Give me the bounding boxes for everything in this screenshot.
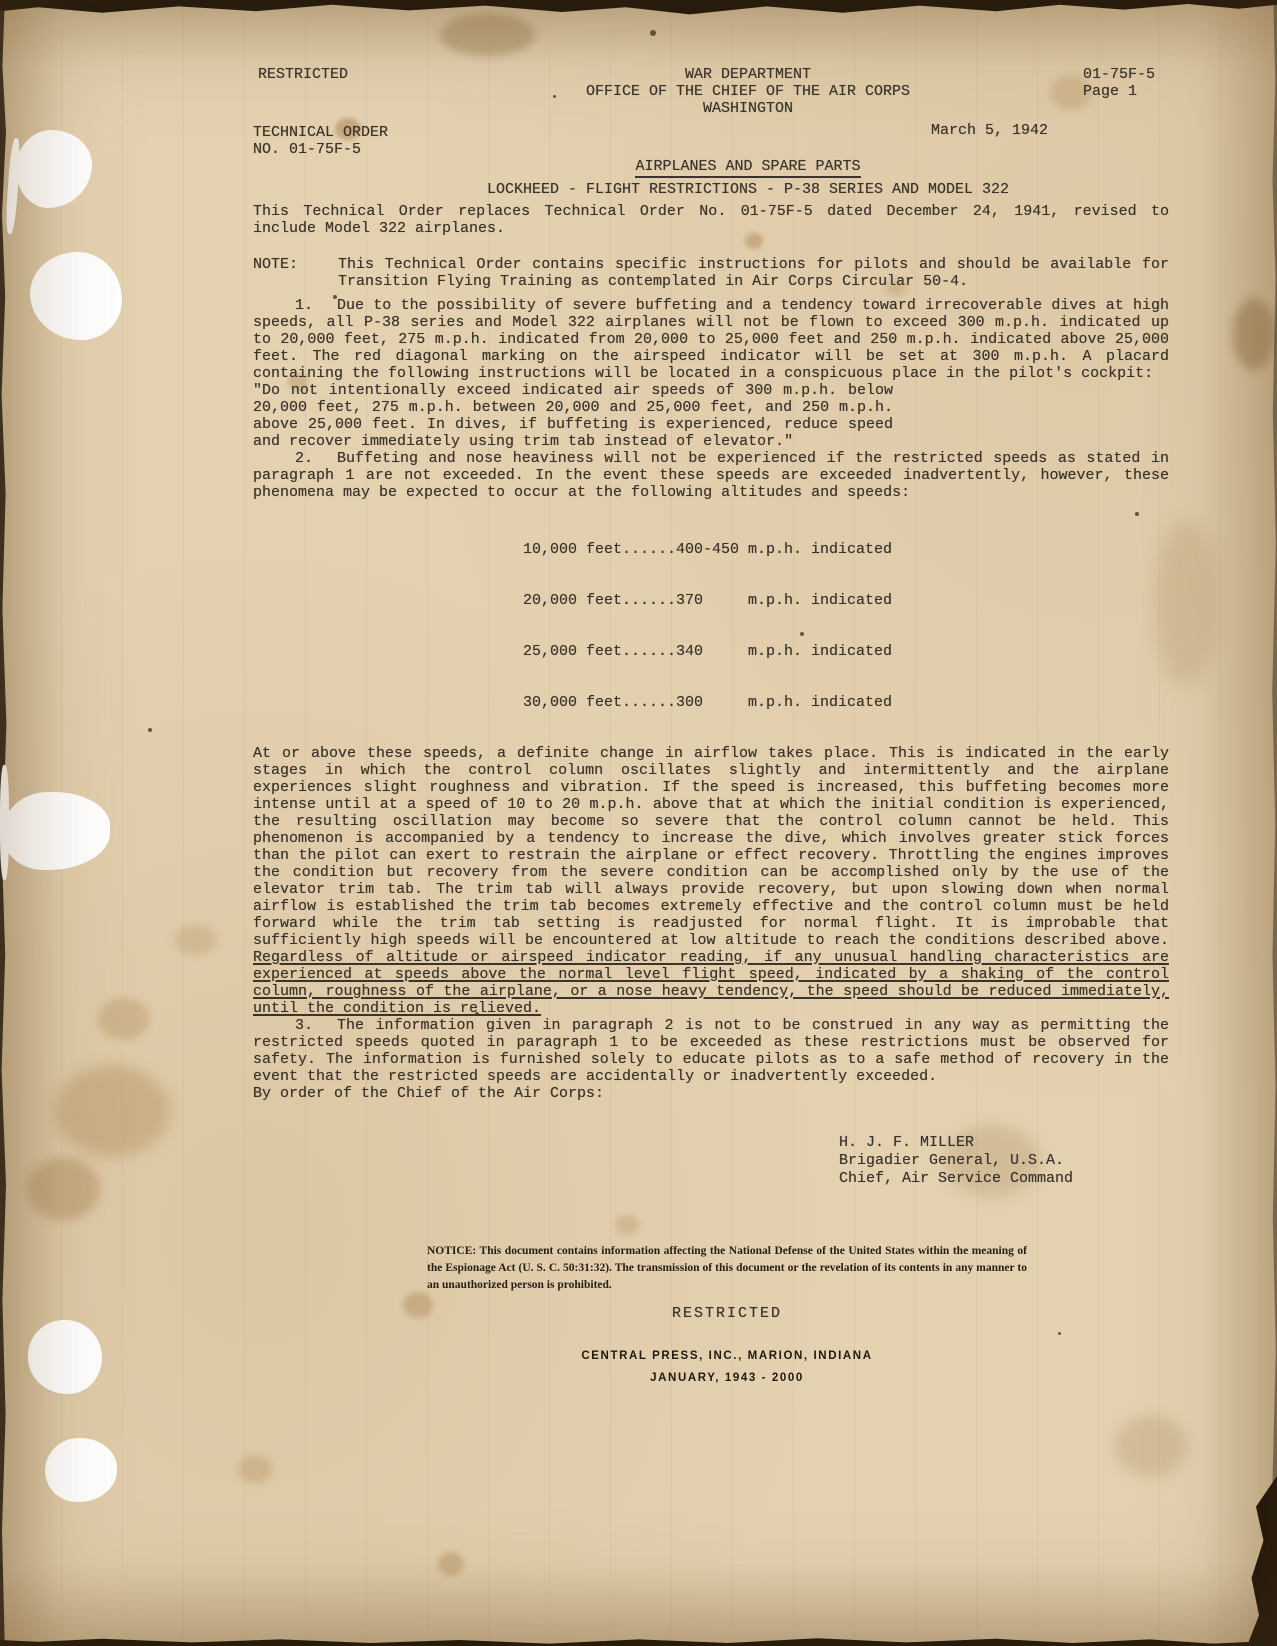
paragraph-2: 2.Buffeting and nose heaviness will not … — [253, 450, 1169, 501]
espionage-notice: NOTICE: This document contains informati… — [427, 1243, 1027, 1294]
document-subtitle: LOCKHEED - FLIGHT RESTRICTIONS - P-38 SE… — [333, 181, 1163, 198]
technical-order-label: TECHNICAL ORDER — [253, 124, 388, 141]
document-title-text: AIRPLANES AND SPARE PARTS — [635, 158, 860, 178]
printed-footer: NOTICE: This document contains informati… — [427, 1243, 1027, 1389]
paragraph-2-number: 2. — [295, 450, 313, 467]
speed-altitude-table: 10,000 feet......400-450 m.p.h. indicate… — [523, 507, 1169, 745]
department-header: WAR DEPARTMENT OFFICE OF THE CHIEF OF TH… — [333, 66, 1163, 117]
technical-order-number: NO. 01-75F-5 — [253, 141, 388, 158]
scanned-page: RESTRICTED WAR DEPARTMENT OFFICE OF THE … — [0, 0, 1277, 1646]
by-order-line: By order of the Chief of the Air Corps: — [253, 1085, 1169, 1102]
paragraph-3-text: The information given in paragraph 2 is … — [253, 1017, 1169, 1085]
note-label: NOTE: — [253, 256, 338, 290]
note-text: This Technical Order contains specific i… — [338, 256, 1169, 290]
paragraph-flow: This Technical Order replaces Technical … — [253, 62, 1169, 1188]
doc-number-block: 01-75F-5 Page 1 — [1083, 66, 1155, 100]
document-body: RESTRICTED WAR DEPARTMENT OFFICE OF THE … — [253, 62, 1169, 1188]
paragraph-1-number: 1. — [295, 297, 313, 314]
technical-order-block: TECHNICAL ORDER NO. 01-75F-5 — [253, 124, 388, 158]
paragraph-3-number: 3. — [295, 1017, 313, 1034]
speed-table-row: 25,000 feet......340 m.p.h. indicated — [523, 643, 1169, 660]
speed-table-row: 20,000 feet......370 m.p.h. indicated — [523, 592, 1169, 609]
printer-date: JANUARY, 1943 - 2000 — [427, 1367, 1027, 1389]
signature-name: H. J. F. MILLER — [839, 1134, 1169, 1152]
note-block: NOTE: This Technical Order contains spec… — [253, 256, 1169, 290]
page-number: Page 1 — [1083, 83, 1155, 100]
signature-title: Chief, Air Service Command — [839, 1170, 1169, 1188]
cockpit-placard-quote: "Do not intentionally exceed indicated a… — [253, 382, 893, 450]
printer-imprint: CENTRAL PRESS, INC., MARION, INDIANA JAN… — [427, 1345, 1027, 1389]
signature-block: H. J. F. MILLER Brigadier General, U.S.A… — [839, 1134, 1169, 1188]
paragraph-3: 3.The information given in paragraph 2 i… — [253, 1017, 1169, 1085]
intro-paragraph: This Technical Order replaces Technical … — [253, 203, 1169, 237]
document-title: AIRPLANES AND SPARE PARTS — [333, 158, 1163, 178]
airflow-paragraph-text: At or above these speeds, a definite cha… — [253, 745, 1169, 949]
paragraph-2-text: Buffeting and nose heaviness will not be… — [253, 450, 1169, 501]
printer-name: CENTRAL PRESS, INC., MARION, INDIANA — [427, 1345, 1027, 1367]
department-line-3: WASHINGTON — [333, 100, 1163, 117]
airflow-paragraph: At or above these speeds, a definite cha… — [253, 745, 1169, 1017]
document-date: March 5, 1942 — [931, 122, 1048, 139]
signature-rank: Brigadier General, U.S.A. — [839, 1152, 1169, 1170]
paragraph-1: 1.Due to the possibility of severe buffe… — [253, 297, 1169, 382]
doc-number: 01-75F-5 — [1083, 66, 1155, 83]
airflow-underlined-warning: Regardless of altitude or airspeed indic… — [253, 949, 1169, 1017]
classification-bottom: RESTRICTED — [427, 1305, 1027, 1322]
department-line-2: OFFICE OF THE CHIEF OF THE AIR CORPS — [333, 83, 1163, 100]
paragraph-1-text: Due to the possibility of severe buffeti… — [253, 297, 1169, 382]
speed-table-row: 30,000 feet......300 m.p.h. indicated — [523, 694, 1169, 711]
speed-table-row: 10,000 feet......400-450 m.p.h. indicate… — [523, 541, 1169, 558]
department-line-1: WAR DEPARTMENT — [333, 66, 1163, 83]
